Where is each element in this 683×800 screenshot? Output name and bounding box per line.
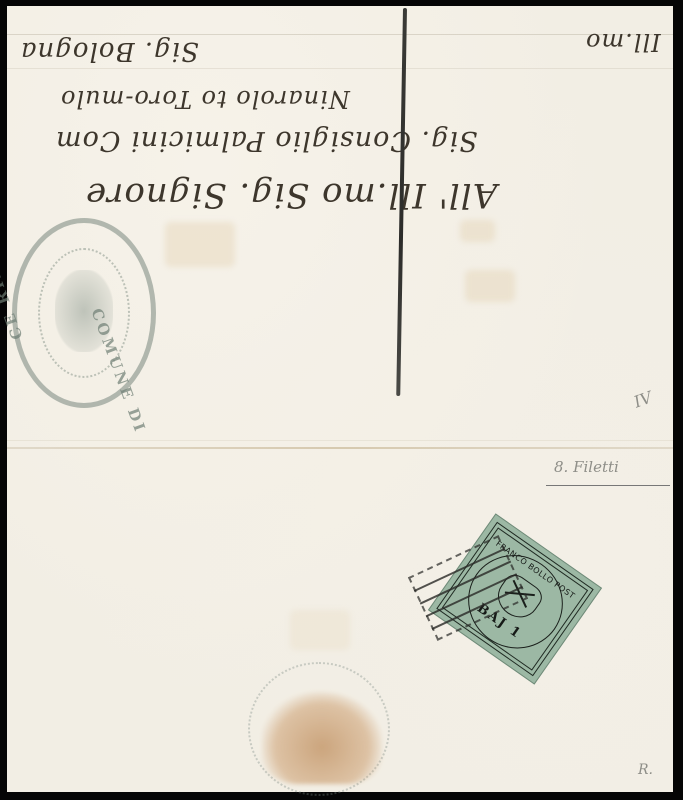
address-line-2: Ninarolo to Toro-mulo (60, 85, 350, 113)
paper-stain (465, 270, 515, 302)
pencil-corner-mark: R. (638, 762, 653, 778)
paper-stain (460, 220, 495, 242)
address-line-1: Sig. Bologna (20, 36, 199, 66)
pencil-note: 8. Filetti (554, 458, 619, 476)
fold-line-middle (7, 447, 673, 449)
fold-line-top-secondary (7, 68, 673, 69)
fold-line-middle-secondary (7, 440, 673, 441)
paper-stain (165, 222, 235, 267)
paper-stain (290, 610, 350, 650)
address-line-3: Sig. Consiglio Palmicini Com (55, 125, 478, 156)
honorific: Ill.mo (585, 28, 661, 56)
address-line-4: All' Ill.mo Sig. Signore (85, 175, 497, 215)
fold-line-top (7, 34, 673, 35)
brown-stain (262, 692, 382, 784)
pencil-underline (546, 485, 670, 486)
